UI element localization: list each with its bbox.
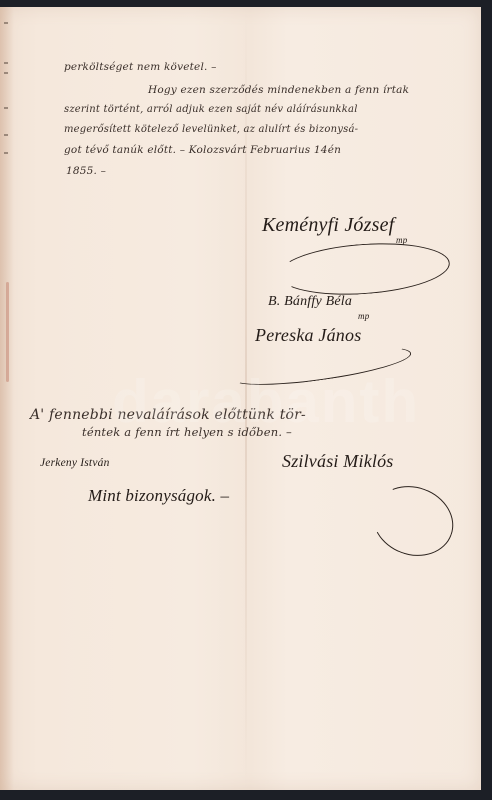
binding-stitch-mark bbox=[4, 22, 8, 24]
binding-strip bbox=[0, 7, 14, 790]
binding-stitch-mark bbox=[4, 72, 8, 74]
binding-stitch-mark bbox=[4, 107, 8, 109]
note-line-2: téntek a fenn írt helyen s időben. – bbox=[82, 425, 292, 439]
witness-left-name: Jerkeny István bbox=[40, 457, 110, 469]
body-line-5: got tévő tanúk előtt. – Kolozsvárt Febru… bbox=[64, 144, 341, 156]
binding-stitch-mark bbox=[4, 134, 8, 136]
body-line-2: Hogy ezen szerződés mindenekben a fenn í… bbox=[148, 84, 409, 96]
body-line-6: 1855. – bbox=[66, 165, 106, 177]
scan-bottom-edge bbox=[0, 790, 492, 800]
binding-stitch-mark bbox=[4, 152, 8, 154]
signature-kemenyfi: Keményfi József bbox=[262, 214, 394, 237]
signature-banffy: B. Bánffy Béla bbox=[268, 294, 352, 310]
paper-sheet: perköltséget nem követel. – Hogy ezen sz… bbox=[0, 7, 481, 790]
signature-flourish bbox=[229, 339, 413, 392]
body-line-3: szerint történt, arról adjuk ezen saját … bbox=[64, 104, 358, 115]
signature-flourish bbox=[363, 475, 463, 567]
signature-flourish bbox=[276, 238, 451, 300]
note-line-1: A' fennebbi nevaláírások előttünk tör- bbox=[30, 407, 306, 423]
signature-suffix: mp bbox=[358, 311, 369, 321]
binding-stitch-mark bbox=[4, 62, 8, 64]
body-line-4: megerősített kötelező levelünket, az alu… bbox=[64, 124, 358, 135]
body-line-1: perköltséget nem követel. – bbox=[64, 61, 217, 73]
scanned-document: perköltséget nem követel. – Hogy ezen sz… bbox=[0, 0, 492, 800]
witness-role: Mint bizonyságok. – bbox=[88, 486, 229, 506]
witness-right-name: Szilvási Miklós bbox=[282, 451, 394, 472]
signature-pereska: Pereska János bbox=[255, 325, 361, 346]
paper-crease bbox=[6, 282, 9, 382]
